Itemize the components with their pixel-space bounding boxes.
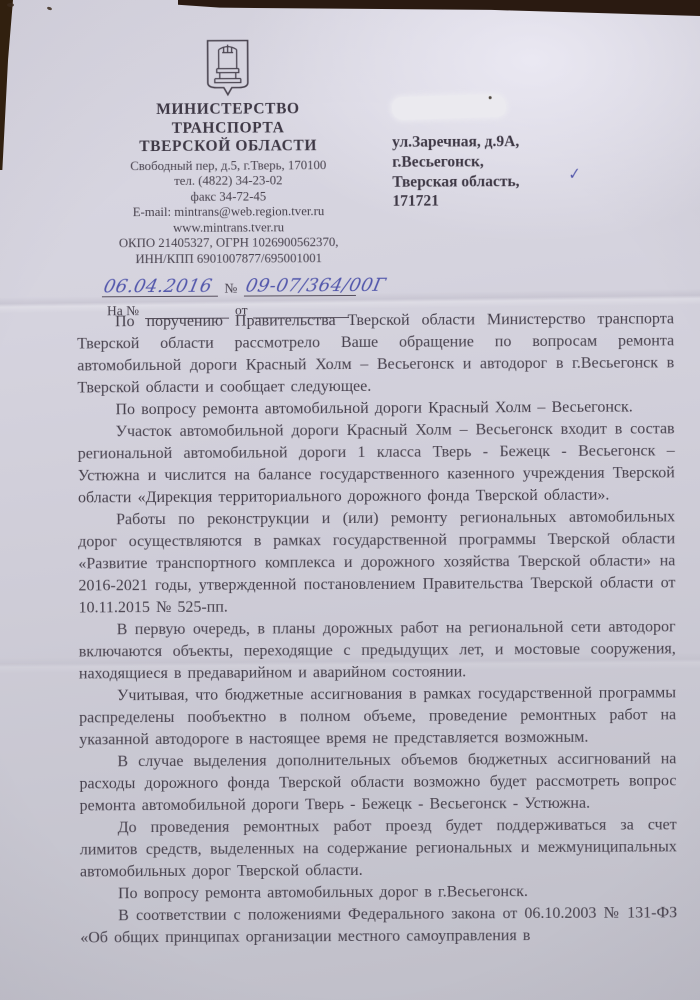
contact-info: Свободный пер, д.5, г.Тверь, 170100 тел.… bbox=[84, 157, 373, 268]
ministry-line: МИНИСТЕРСТВО bbox=[84, 100, 372, 120]
website-line: www.mintrans.tver.ru bbox=[85, 220, 373, 237]
tver-coat-of-arms-emblem bbox=[205, 39, 251, 97]
ministry-name: МИНИСТЕРСТВО ТРАНСПОРТА ТВЕРСКОЙ ОБЛАСТИ bbox=[84, 100, 372, 157]
ink-speck bbox=[489, 96, 492, 99]
photo-backdrop: МИНИСТЕРСТВО ТРАНСПОРТА ТВЕРСКОЙ ОБЛАСТИ… bbox=[0, 0, 700, 1000]
inn-kpp-line: ИНН/КПП 6901007877/695001001 bbox=[85, 251, 373, 268]
ministry-line: ТВЕРСКОЙ ОБЛАСТИ bbox=[84, 137, 372, 157]
address-line: Свободный пер, д.5, г.Тверь, 170100 bbox=[84, 157, 372, 174]
recipient-postcode: 171721 bbox=[392, 191, 632, 212]
handwritten-date: 06.04.2016 bbox=[101, 275, 213, 297]
body-paragraph: Участок автомобильной дороги Красный Хол… bbox=[78, 418, 675, 509]
recipient-street: ул.Заречная, д.9А, bbox=[392, 132, 632, 153]
body-paragraph: В случае выделения дополнительных объемо… bbox=[79, 748, 676, 817]
body-paragraph: По поручению Правительства Тверской обла… bbox=[77, 308, 674, 399]
email-line: E-mail: mintrans@web.region.tver.ru bbox=[84, 204, 372, 221]
recipient-block: ул.Заречная, д.9А, г.Весьегонск, Тверска… bbox=[392, 95, 633, 212]
body-paragraph: В первую очередь, в планы дорожных работ… bbox=[79, 616, 676, 685]
body-paragraph: До проведения ремонтных работ проезд буд… bbox=[80, 814, 677, 883]
checkmark-icon: ✓ bbox=[568, 164, 581, 184]
body-paragraph: По вопросу ремонта автомобильных дорог в… bbox=[80, 880, 677, 905]
letter-body: По поручению Правительства Тверской обла… bbox=[77, 308, 677, 949]
recipient-region: Тверская область, bbox=[392, 171, 632, 192]
outgoing-ref-row: 06.04.2016 № 09-07/364/00Г bbox=[85, 274, 373, 298]
okpo-ogrn-line: ОКПО 21405327, ОГРН 1026900562370, bbox=[85, 235, 373, 252]
fax-line: факс 34-72-45 bbox=[84, 189, 372, 206]
number-field: 09-07/364/00Г bbox=[244, 275, 356, 297]
letter-content: МИНИСТЕРСТВО ТРАНСПОРТА ТВЕРСКОЙ ОБЛАСТИ… bbox=[0, 0, 700, 1000]
letter-page: МИНИСТЕРСТВО ТРАНСПОРТА ТВЕРСКОЙ ОБЛАСТИ… bbox=[0, 0, 700, 1000]
recipient-city: г.Весьегонск, bbox=[392, 151, 632, 172]
redaction-patch bbox=[392, 94, 507, 121]
body-paragraph: По вопросу ремонта автомобильной дороги … bbox=[77, 396, 674, 421]
body-paragraph: В соответствии с положениями Федеральног… bbox=[80, 902, 677, 949]
number-sign-label: № bbox=[224, 280, 237, 296]
ministry-line: ТРАНСПОРТА bbox=[84, 118, 372, 138]
handwritten-number: 09-07/364/00Г bbox=[244, 274, 388, 296]
dust-speck bbox=[7, 3, 14, 7]
letterhead: МИНИСТЕРСТВО ТРАНСПОРТА ТВЕРСКОЙ ОБЛАСТИ… bbox=[84, 38, 373, 319]
phone-line: тел. (4822) 34-23-02 bbox=[84, 173, 372, 190]
date-field: 06.04.2016 bbox=[101, 275, 217, 297]
body-paragraph: Работы по реконструкции и (или) ремонту … bbox=[78, 506, 676, 619]
body-paragraph: Учитывая, что бюджетные ассигнования в р… bbox=[79, 682, 676, 751]
